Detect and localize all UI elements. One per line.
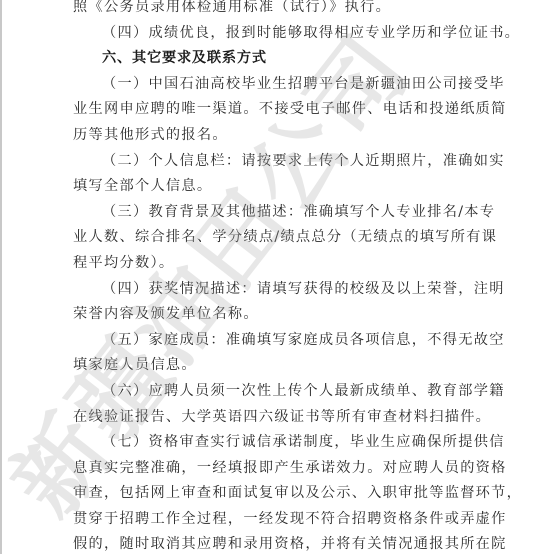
text-line: 业人数、综合排名、学分绩点/绩点总分（无绩点的填写所有课 <box>73 225 459 251</box>
text-line: 填家庭人员信息。 <box>73 353 459 379</box>
paragraph-line: （四）获奖情况描述：请填写获得的校级及以上荣誉，注明 <box>73 277 459 303</box>
text-line: 息真实完整准确，一经填报即产生承诺效力。对应聘人员的资格 <box>73 456 459 482</box>
text-line: 照《公务员录用体检通用标准（试行）》执行。 <box>73 0 459 21</box>
paragraph-line: （七）资格审查实行诚信承诺制度，毕业生应确保所提供信 <box>73 430 459 456</box>
text-line: 业生网申应聘的唯一渠道。不接受电子邮件、电话和投递纸质简 <box>73 97 459 123</box>
paragraph-line: （一）中国石油高校毕业生招聘平台是新疆油田公司接受毕 <box>73 72 459 98</box>
paragraph-line: （三）教育背景及其他描述：准确填写个人专业排名/本专 <box>73 200 459 226</box>
text-line: 荣誉内容及颁发单位名称。 <box>73 302 459 328</box>
document-page: 照《公务员录用体检通用标准（试行）》执行。 （四）成绩优良，报到时能够取得相应专… <box>0 0 544 554</box>
paragraph-line: （六）应聘人员须一次性上传个人最新成绩单、教育部学籍 <box>73 379 459 405</box>
paragraph-line: （二）个人信息栏：请按要求上传个人近期照片，准确如实 <box>73 149 459 175</box>
document-body: 照《公务员录用体检通用标准（试行）》执行。 （四）成绩优良，报到时能够取得相应专… <box>73 0 459 554</box>
text-line: 填写全部个人信息。 <box>73 174 459 200</box>
paragraph-line: （四）成绩优良，报到时能够取得相应专业学历和学位证书。 <box>73 21 459 47</box>
paragraph-line: （五）家庭成员：准确填写家庭成员各项信息，不得无故空 <box>73 328 459 354</box>
text-line: 程平均分数）。 <box>73 251 459 277</box>
text-line: 假的，随时取消其应聘和录用资格，并将有关情况通报其所在院 <box>73 532 459 554</box>
text-line: 审查，包括网上审查和面试复审以及公示、入职审批等监督环节， <box>73 481 459 507</box>
page-left-border <box>0 0 2 554</box>
text-line: 历等其他形式的报名。 <box>73 123 459 149</box>
text-line: 贯穿于招聘工作全过程，一经发现不符合招聘资格条件或弄虚作 <box>73 507 459 533</box>
section-heading: 六、其它要求及联系方式 <box>73 46 459 72</box>
text-line: 在线验证报告、大学英语四六级证书等所有审查材料扫描件。 <box>73 405 459 431</box>
